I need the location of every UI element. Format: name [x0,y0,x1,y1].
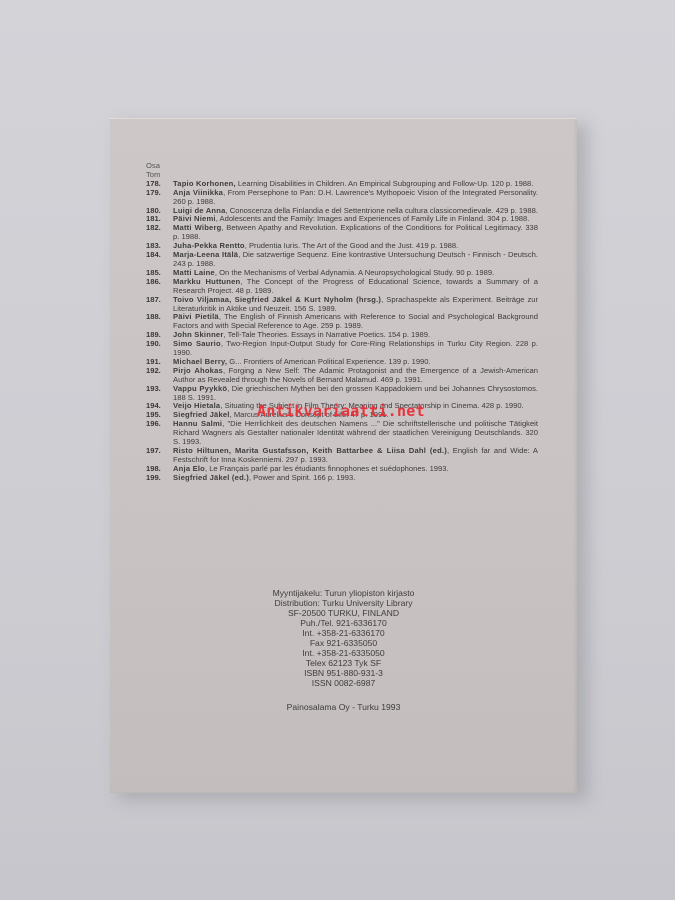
entry-title: , Prudentia Iuris. The Art of the Good a… [245,241,458,250]
entry-text: Toivo Viljamaa, Siegfried Jäkel & Kurt N… [173,296,538,314]
distribution-line: SF-20500 TURKU, FINLAND [110,608,577,618]
entry-text: Hannu Salmi, "Die Herrlichkeit des deuts… [173,420,538,447]
entry-number: 197. [146,447,173,465]
entry-title: , Tell-Tale Theories. Essays in Narrativ… [224,330,431,339]
entry-number: 199. [146,474,173,483]
distribution-lines: Myyntijakelu: Turun yliopiston kirjastoD… [110,588,577,688]
distribution-block: Myyntijakelu: Turun yliopiston kirjastoD… [110,588,577,712]
entry-author: Michael Berry, [173,357,227,366]
entry-title: , "Die Herrlichkeit des deutschen Namens… [173,419,538,446]
entry-text: Vappu Pyykkö, Die griechischen Mythen be… [173,385,538,403]
distribution-line: ISSN 0082-6987 [110,678,577,688]
distribution-line: Fax 921-6335050 [110,638,577,648]
book-back-cover: Osa Tom 178.Tapio Korhonen, Learning Dis… [110,118,577,793]
entry-number: 179. [146,189,173,207]
entry-number: 190. [146,340,173,358]
entry-text: Anja Viinikka, From Persephone to Pan: D… [173,189,538,207]
entry-title: , Power and Spirit. 166 p. 1993. [249,473,355,482]
entry-author: Toivo Viljamaa, Siegfried Jäkel & Kurt N… [173,295,381,304]
entry-text: Risto Hiltunen, Marita Gustafsson, Keith… [173,447,538,465]
entry-number: 182. [146,224,173,242]
series-entry: 192.Pirjo Ahokas, Forging a New Self: Th… [146,367,538,385]
entry-title: , The English of Finnish Americans with … [173,312,538,330]
entry-author: Pirjo Ahokas [173,366,223,375]
entry-title: , Conoscenza della Finlandia e del Sette… [226,206,538,215]
series-entries: 178.Tapio Korhonen, Learning Disabilitie… [146,180,538,483]
entry-author: Hannu Salmi [173,419,222,428]
series-entry: 199.Siegfried Jäkel (ed.), Power and Spi… [146,474,538,483]
entry-author: Luigi de Anna [173,206,226,215]
entry-title: , Between Apathy and Revolution. Explica… [173,223,538,241]
entry-text: Markku Huttunen, The Concept of the Prog… [173,278,538,296]
entry-number: 186. [146,278,173,296]
series-entry: 184.Marja-Leena Itälä, Die satzwertige S… [146,251,538,269]
entry-title: , Forging a New Self: The Adamic Protago… [173,366,538,384]
entry-author: Juha-Pekka Rentto [173,241,245,250]
entry-author: Anja Elo [173,464,205,473]
entry-author: Siegfried Jäkel (ed.) [173,473,249,482]
entry-number: 196. [146,420,173,447]
printer-line: Painosalama Oy - Turku 1993 [110,702,577,712]
entry-title: , Le Français parlé par les étudiants fi… [205,464,449,473]
distribution-line: ISBN 951-880-931-3 [110,668,577,678]
entry-title: , Die griechischen Mythen bei den grosse… [173,384,538,402]
entry-text: Matti Wiberg, Between Apathy and Revolut… [173,224,538,242]
distribution-line: Myyntijakelu: Turun yliopiston kirjasto [110,588,577,598]
series-entry: 186.Markku Huttunen, The Concept of the … [146,278,538,296]
distribution-line: Distribution: Turku University Library [110,598,577,608]
entry-text: Päivi Pietilä, The English of Finnish Am… [173,313,538,331]
watermark: Antikvariaatti.net [257,402,425,420]
series-entry: 188.Päivi Pietilä, The English of Finnis… [146,313,538,331]
series-entry: 179.Anja Viinikka, From Persephone to Pa… [146,189,538,207]
entry-author: Vappu Pyykkö [173,384,227,393]
entry-number: 187. [146,296,173,314]
entry-author: John Skinner [173,330,224,339]
entry-title: , Adolescents and the Family: Images and… [216,214,530,223]
entry-author: Markku Huttunen [173,277,240,286]
entry-text: Pirjo Ahokas, Forging a New Self: The Ad… [173,367,538,385]
entry-author: Siegfried Jäkel [173,410,230,419]
entry-author: Matti Wiberg [173,223,221,232]
entry-title: , Two-Region Input-Output Study for Core… [173,339,538,357]
distribution-line: Puh./Tel. 921-6336170 [110,618,577,628]
series-entry: 182.Matti Wiberg, Between Apathy and Rev… [146,224,538,242]
distribution-line: Telex 62123 Tyk SF [110,658,577,668]
entry-text: Simo Saurio, Two-Region Input-Output Stu… [173,340,538,358]
entry-author: Päivi Niemi [173,214,216,223]
series-entry: 197.Risto Hiltunen, Marita Gustafsson, K… [146,447,538,465]
entry-author: Anja Viinikka [173,188,223,197]
distribution-line: Int. +358-21-6335050 [110,648,577,658]
series-entry: 196.Hannu Salmi, "Die Herrlichkeit des d… [146,420,538,447]
series-list: Osa Tom 178.Tapio Korhonen, Learning Dis… [146,162,538,483]
entry-author: Marja-Leena Itälä [173,250,238,259]
entry-author: Risto Hiltunen, Marita Gustafsson, Keith… [173,446,447,455]
entry-title: G... Frontiers of American Political Exp… [227,357,430,366]
entry-title: Learning Disabilities in Children. An Em… [236,179,534,188]
entry-text: Siegfried Jäkel (ed.), Power and Spirit.… [173,474,538,483]
entry-author: Matti Laine [173,268,215,277]
series-entry: 190.Simo Saurio, Two-Region Input-Output… [146,340,538,358]
entry-title: , On the Mechanisms of Verbal Adynamia. … [215,268,494,277]
entry-text: Marja-Leena Itälä, Die satzwertige Seque… [173,251,538,269]
entry-author: Päivi Pietilä [173,312,219,321]
entry-author: Tapio Korhonen, [173,179,236,188]
series-entry: 193.Vappu Pyykkö, Die griechischen Mythe… [146,385,538,403]
entry-author: Simo Saurio [173,339,221,348]
entry-title: , From Persephone to Pan: D.H. Lawrence'… [173,188,538,206]
entry-number: 188. [146,313,173,331]
series-entry: 187.Toivo Viljamaa, Siegfried Jäkel & Ku… [146,296,538,314]
distribution-line: Int. +358-21-6336170 [110,628,577,638]
entry-author: Veijo Hietala [173,401,220,410]
series-header-osa: Osa [146,162,538,171]
entry-number: 192. [146,367,173,385]
entry-number: 184. [146,251,173,269]
entry-number: 193. [146,385,173,403]
